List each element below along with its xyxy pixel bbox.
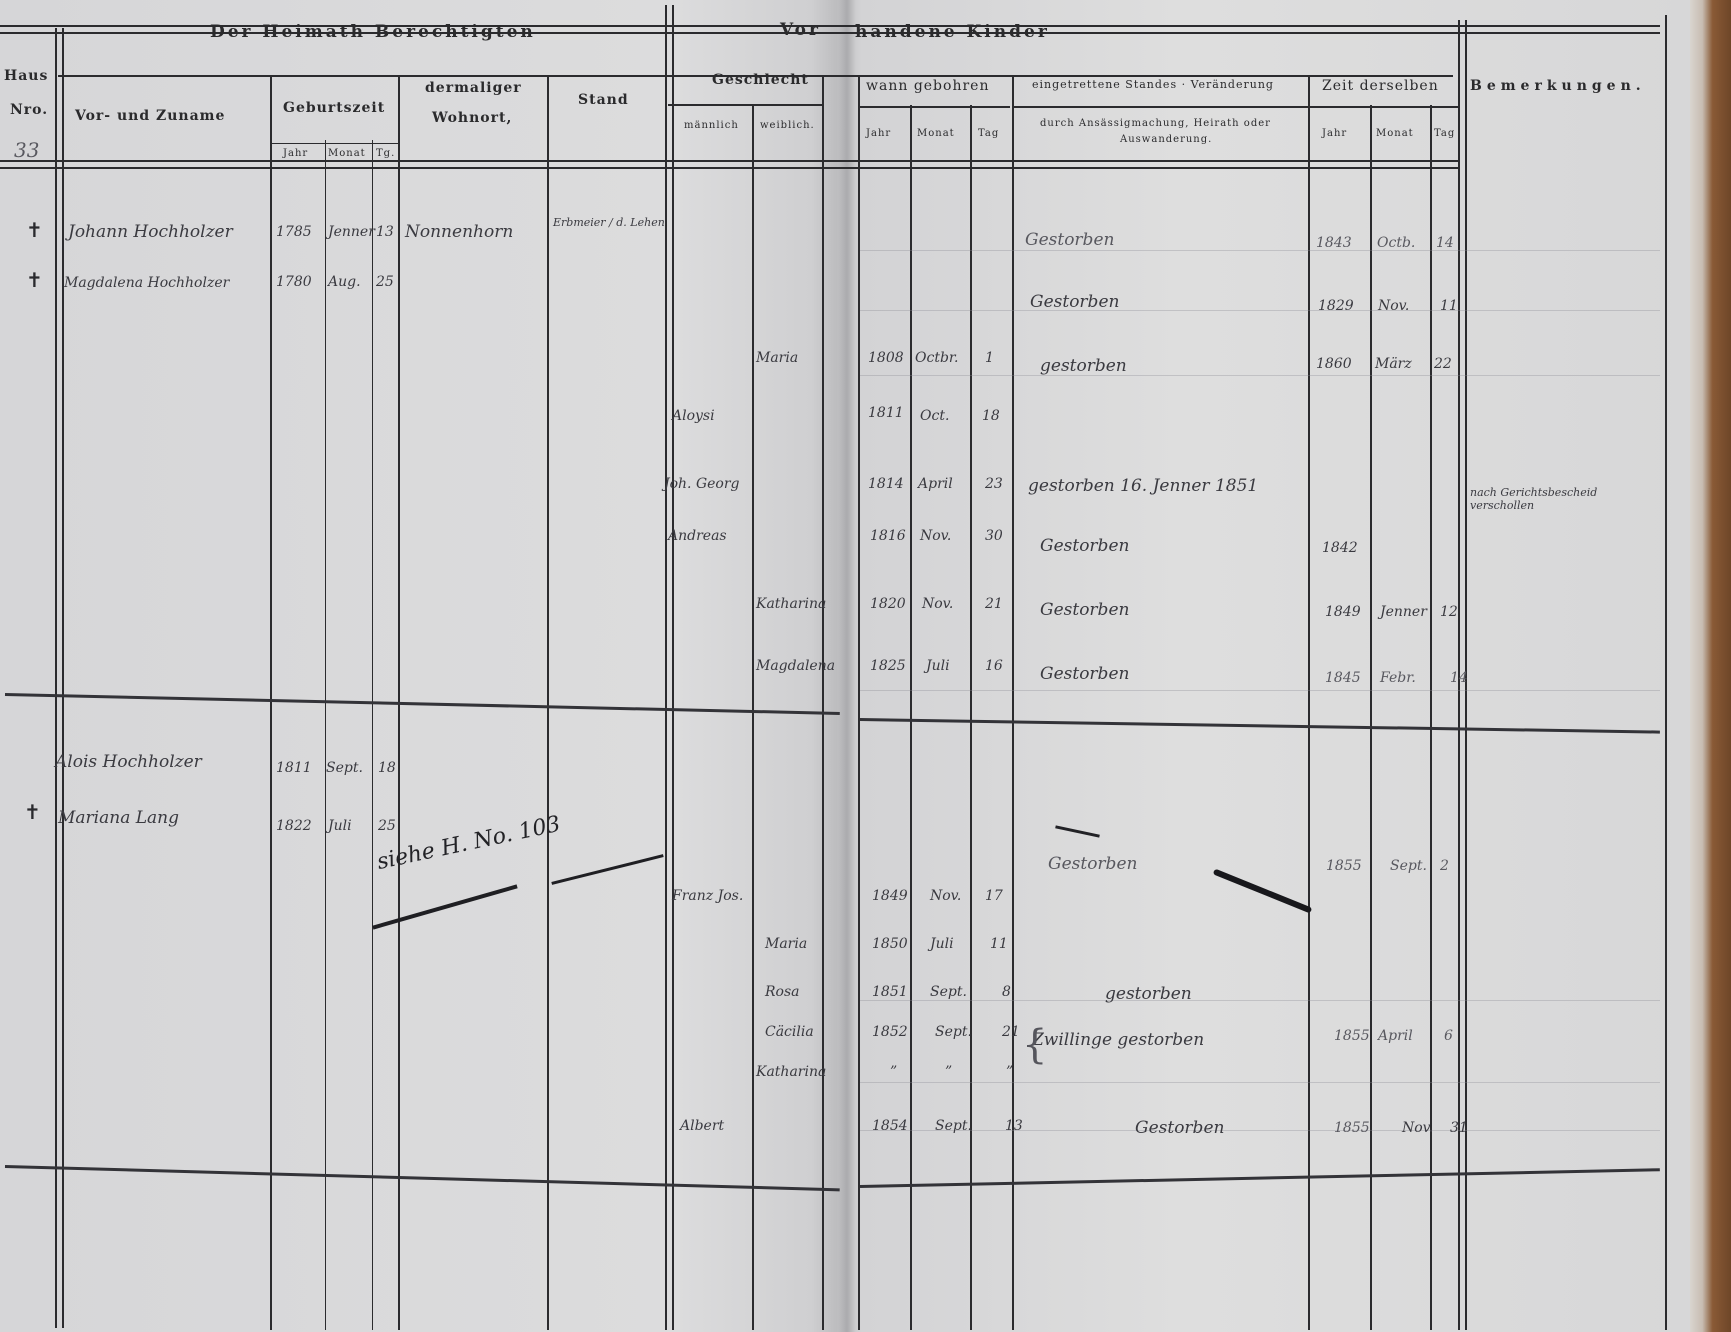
child-day: 11 <box>990 936 1008 952</box>
parent-birth-year: 1811 <box>276 760 312 776</box>
col-rule-female <box>822 75 824 1330</box>
col-rule-sex <box>752 105 754 1330</box>
child-male: Aloysi <box>672 408 715 424</box>
col-rule-born-year <box>910 105 912 1330</box>
header-bottom-border <box>0 160 1460 169</box>
parent-birth-day: 25 <box>376 274 394 290</box>
change-month: Nov. <box>1378 298 1409 314</box>
parent-birth-month: Juli <box>328 818 352 834</box>
born-sub-year: Jahr <box>866 128 891 139</box>
child-change: Gestorben <box>1040 664 1129 684</box>
parent-birth-year: 1822 <box>276 818 312 834</box>
deceased-cross-icon: ✝ <box>26 268 43 292</box>
ruling <box>860 1000 1660 1001</box>
change-year: 1829 <box>1318 298 1354 314</box>
child-day: 21 <box>985 596 1003 612</box>
child-male: Franz Jos. <box>672 888 743 904</box>
child-female: Katharina <box>756 1064 826 1080</box>
ruling <box>860 1082 1660 1083</box>
title-kinder: handene Kinder <box>855 22 1050 42</box>
ruling <box>860 375 1660 376</box>
parent-birth-month: Aug. <box>328 274 361 290</box>
child-month: Sept. <box>935 1118 972 1134</box>
time-sub-day: Tag <box>1434 128 1455 139</box>
born-col-header: wann gebohren <box>866 78 989 94</box>
ruling <box>860 250 1660 251</box>
col-rule-born-left <box>858 75 860 1330</box>
child-month: Juli <box>930 936 954 952</box>
col-rule-month <box>325 140 326 1330</box>
child-male: Joh. Georg <box>664 476 740 492</box>
child-change-year: 1855 <box>1326 858 1362 874</box>
child-change-year: 1845 <box>1325 670 1361 686</box>
child-male: Albert <box>680 1118 724 1134</box>
child-year: ” <box>890 1064 897 1080</box>
child-change-year: 1849 <box>1325 604 1361 620</box>
child-year: 1816 <box>870 528 906 544</box>
child-year: 1825 <box>870 658 906 674</box>
born-sub-day: Tag <box>978 128 999 139</box>
child-female: Rosa <box>765 984 800 1000</box>
sex-sub-male: männlich <box>684 120 739 131</box>
child-female: Katharina <box>756 596 826 612</box>
birth-subdivider <box>272 143 398 144</box>
born-subdivider <box>860 106 1010 108</box>
child-female: Maria <box>765 936 807 952</box>
change-col-header: eingetrettene Standes · Veränderung <box>1032 78 1274 91</box>
haus-label: Haus <box>4 68 48 84</box>
change-year: 1843 <box>1316 235 1352 251</box>
child-change-month: März <box>1375 356 1412 372</box>
change-sub-line1: durch Ansässigmachung, Heirath oder <box>1040 118 1271 129</box>
time-sub-month: Monat <box>1376 128 1414 139</box>
sex-sub-female: weiblich. <box>760 120 815 131</box>
child-change-day: 31 <box>1450 1120 1468 1136</box>
residence-col-header-2: Wohnort, <box>432 110 512 126</box>
child-change-day: 14 <box>1450 670 1468 686</box>
col-rule-time-month <box>1430 105 1432 1330</box>
child-change-month: Nov. <box>1402 1120 1433 1136</box>
child-day: 30 <box>985 528 1003 544</box>
col-rule-born-day <box>1012 75 1014 1330</box>
child-change-day: 12 <box>1440 604 1458 620</box>
ruling <box>860 310 1660 311</box>
time-sub-year: Jahr <box>1322 128 1347 139</box>
child-month: Nov. <box>920 528 951 544</box>
change-text: Gestorben <box>1025 230 1114 250</box>
child-month: Nov. <box>930 888 961 904</box>
child-year: 1851 <box>872 984 908 1000</box>
child-change-year: 1842 <box>1322 540 1358 556</box>
col-rule-day <box>372 140 373 1330</box>
remarks-col-header: Bemerkungen. <box>1470 78 1646 94</box>
parent-stand: Erbmeier / d. Lehen <box>553 216 665 229</box>
child-day: 17 <box>985 888 1003 904</box>
child-month: Nov. <box>922 596 953 612</box>
child-female: Maria <box>756 350 798 366</box>
change-month: Octb. <box>1377 235 1415 251</box>
parent-birth-year: 1785 <box>276 224 312 240</box>
house-number: 33 <box>14 138 39 162</box>
residence-col-header-1: dermaliger <box>425 80 522 96</box>
child-year: 1820 <box>870 596 906 612</box>
child-day: 21 <box>1002 1024 1020 1040</box>
parent-name: Magdalena Hochholzer <box>64 275 229 291</box>
col-rule-change <box>1308 75 1310 1330</box>
child-change-year: 1855 <box>1334 1028 1370 1044</box>
birth-sub-day: Tg. <box>376 148 395 159</box>
change-day: 14 <box>1436 235 1454 251</box>
child-change: Gestorben <box>1040 536 1129 556</box>
parent-birth-day: 25 <box>378 818 396 834</box>
child-day: 13 <box>1005 1118 1023 1134</box>
child-female: Magdalena <box>756 658 835 674</box>
parent-birth-month: Jenner <box>328 224 375 240</box>
child-change-day: 22 <box>1434 356 1452 372</box>
child-day: 18 <box>982 408 1000 424</box>
col-rule-name <box>270 75 272 1330</box>
deceased-cross-icon: ✝ <box>24 800 41 824</box>
child-change: gestorben 16. Jenner 1851 <box>1028 476 1258 496</box>
child-day: ” <box>1006 1064 1013 1080</box>
child-day: 1 <box>985 350 994 366</box>
child-change-month: Jenner <box>1380 604 1427 620</box>
time-col-header: Zeit derselben <box>1322 78 1439 94</box>
child-year: 1849 <box>872 888 908 904</box>
col-rule-stand <box>665 5 674 1330</box>
child-month: Oct. <box>920 408 949 424</box>
child-change-year: 1855 <box>1334 1120 1370 1136</box>
child-change-day: 6 <box>1444 1028 1453 1044</box>
twins-brace: { <box>1022 1022 1047 1068</box>
child-change-month: April <box>1378 1028 1413 1044</box>
col-rule-haus <box>55 28 64 1328</box>
child-month: April <box>918 476 953 492</box>
child-change: Gestorben <box>1040 600 1129 620</box>
child-change: Gestorben <box>1048 854 1137 874</box>
child-change-month: Sept. <box>1390 858 1427 874</box>
book-gutter <box>838 0 856 1332</box>
change-subdivider <box>1014 106 1308 108</box>
child-remark: nach Gerichtsbescheid verschollen <box>1470 486 1650 512</box>
born-sub-month: Monat <box>917 128 955 139</box>
child-year: 1811 <box>868 405 904 421</box>
child-year: 1814 <box>868 476 904 492</box>
child-change-day: 2 <box>1440 858 1449 874</box>
name-col-header: Vor- und Zuname <box>75 108 225 124</box>
child-month: ” <box>945 1064 952 1080</box>
nro-label: Nro. <box>10 102 48 118</box>
sex-col-header: Geschlecht <box>712 72 809 88</box>
child-male: Andreas <box>668 528 727 544</box>
stand-col-header: Stand <box>578 92 629 108</box>
child-year: 1850 <box>872 936 908 952</box>
title-vor: Vor <box>780 20 821 40</box>
parent-name: Alois Hochholzer <box>55 752 202 772</box>
child-year: 1854 <box>872 1118 908 1134</box>
parent-birth-month: Sept. <box>326 760 363 776</box>
child-change: gestorben <box>1105 984 1192 1004</box>
change-sub-line2: Auswanderung. <box>1120 134 1212 145</box>
child-month: Octbr. <box>915 350 959 366</box>
child-month: Sept. <box>930 984 967 1000</box>
child-day: 16 <box>985 658 1003 674</box>
birth-sub-month: Monat <box>328 148 366 159</box>
child-day: 8 <box>1002 984 1011 1000</box>
parent-birth-year: 1780 <box>276 274 312 290</box>
child-change-month: Febr. <box>1380 670 1416 686</box>
col-rule-time-year <box>1370 105 1372 1330</box>
child-change: gestorben <box>1040 356 1127 376</box>
birth-sub-year: Jahr <box>283 148 308 159</box>
child-change: Gestorben <box>1135 1118 1224 1138</box>
ruling <box>860 690 1660 691</box>
birth-col-header: Geburtszeit <box>283 100 385 116</box>
change-text: Gestorben <box>1030 292 1119 312</box>
parent-residence: Nonnenhorn <box>405 222 513 242</box>
child-change-year: 1860 <box>1316 356 1352 372</box>
child-month: Sept. <box>935 1024 972 1040</box>
col-rule-born-month <box>970 105 972 1330</box>
title-heimath: Der Heimath Berechtigten <box>210 22 536 42</box>
parent-birth-day: 18 <box>378 760 396 776</box>
col-rule-residence <box>547 75 549 1330</box>
child-year: 1852 <box>872 1024 908 1040</box>
child-female: Cäcilia <box>765 1024 814 1040</box>
col-rule-right-edge <box>1665 15 1667 1330</box>
deceased-cross-icon: ✝ <box>26 218 43 242</box>
ruling <box>860 1130 1660 1131</box>
time-subdivider <box>1310 106 1458 108</box>
child-month: Juli <box>926 658 950 674</box>
change-day: 11 <box>1440 298 1458 314</box>
parent-name: Mariana Lang <box>58 808 179 828</box>
parent-birth-day: 13 <box>376 224 394 240</box>
child-year: 1808 <box>868 350 904 366</box>
sex-subdivider <box>668 104 823 106</box>
book-edge <box>1690 0 1731 1332</box>
child-change: Zwillinge gestorben <box>1032 1030 1204 1050</box>
child-day: 23 <box>985 476 1003 492</box>
parent-name: Johann Hochholzer <box>68 222 233 242</box>
